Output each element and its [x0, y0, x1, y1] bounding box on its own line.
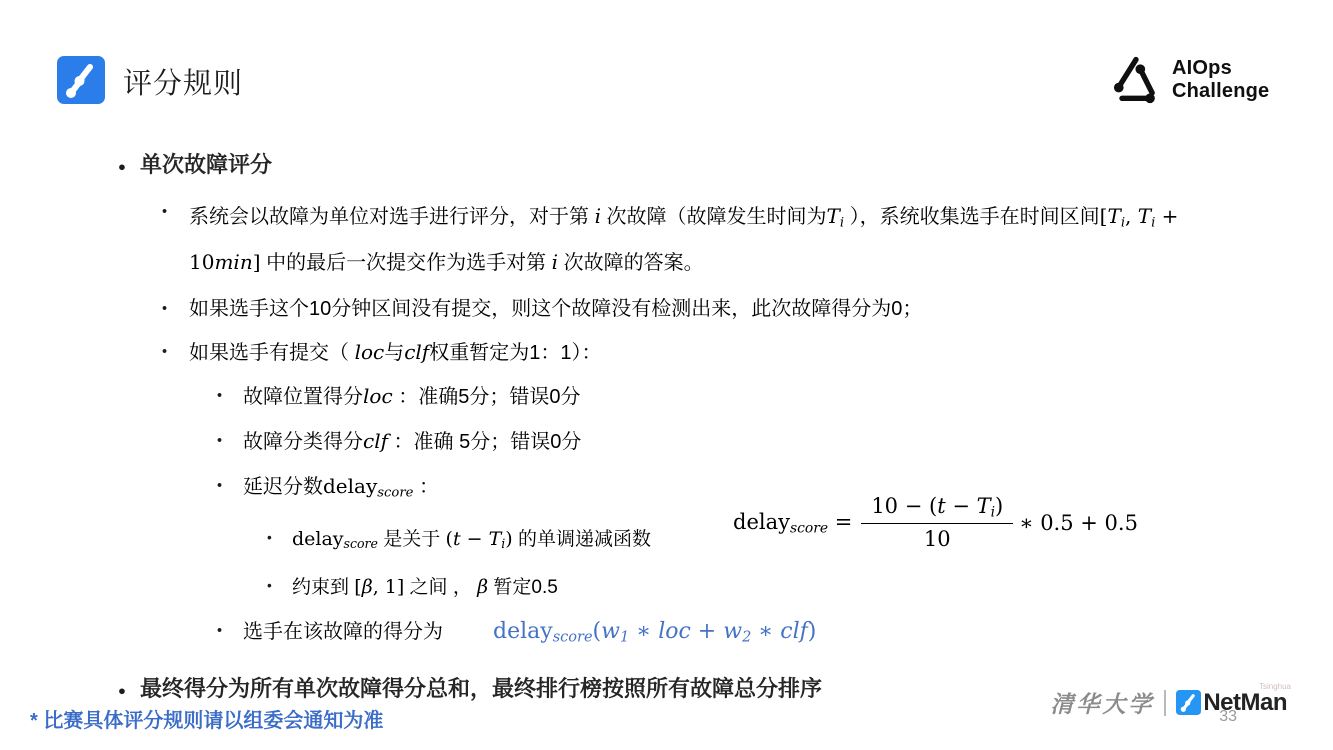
netman-logo-icon — [57, 56, 105, 104]
bullet-loc-score: • 故障位置得分loc ：准确5分；错误0分 — [217, 381, 1203, 412]
netman-text: NetMan — [1203, 689, 1287, 717]
formula-rhs: ∗ 0.5 + 0.5 — [1019, 511, 1138, 535]
bullet-dot: • — [162, 197, 189, 227]
formula-lhs: delayscore = — [733, 510, 852, 536]
bullet-has-submission: • 如果选手有提交（ loc与clf权重暂定为1：1）： — [162, 337, 1203, 368]
final-score-label: 选手在该故障的得分为 — [243, 617, 443, 647]
bullet-dot: • — [217, 616, 243, 646]
bullet-clf-score: • 故障分类得分clf ：准确 5分；错误0分 — [217, 426, 1203, 457]
tsinghua-wordmark: 清华大学 — [1050, 686, 1154, 719]
bullet-dot: • — [217, 426, 243, 456]
bullet-dot: • — [267, 524, 292, 553]
bullet-dot: • — [217, 471, 243, 501]
page-number: 33 — [1219, 708, 1237, 726]
slide-body: ● 单次故障评分 • 系统会以故障为单位对选手进行评分，对于第 i 次故障（故障… — [118, 150, 1203, 708]
page-title: 评分规则 — [123, 61, 243, 102]
bullet-scoring-window: • 系统会以故障为单位对选手进行评分，对于第 i 次故障（故障发生时间为Ti ）… — [162, 197, 1203, 281]
formula-fraction: 10 − (t − Ti) 10 — [861, 494, 1013, 551]
formula-denominator: 10 — [924, 524, 951, 551]
brand-divider — [1164, 690, 1166, 716]
footer-brands: 清华大学 NetMan Tsinghua — [1050, 686, 1287, 719]
footer-disclaimer: * 比赛具体评分规则请以组委会通知为准 — [30, 704, 383, 733]
bullet-single-fault-scoring: ● 单次故障评分 — [118, 150, 1203, 184]
slide: 评分规则 AIOps Challenge ● 单次故障评分 • 系统会以故障为单… — [0, 0, 1333, 750]
aiops-triangle-icon — [1108, 52, 1164, 108]
aiops-challenge-wordmark: AIOps Challenge — [1172, 57, 1269, 103]
bullet-dot: • — [267, 572, 292, 601]
aiops-line1: AIOps — [1172, 57, 1269, 80]
netman-tsinghua-sup: Tsinghua — [1259, 682, 1291, 691]
bullet-no-submission: • 如果选手这个10分钟区间没有提交，则这个故障没有检测出来，此次故障得分为0； — [162, 294, 1203, 324]
bullet-final-fault-score: • 选手在该故障的得分为 delayscore(w1 ∗ loc + w2 ∗ … — [217, 616, 1203, 653]
delay-score-formula: delayscore = 10 − (t − Ti) 10 ∗ 0.5 + 0.… — [733, 494, 1138, 551]
weighted-score-formula: delayscore(w1 ∗ loc + w2 ∗ clf) — [493, 616, 816, 653]
netman-logo-icon-small — [1176, 690, 1201, 715]
formula-numerator: 10 − (t − Ti) — [861, 494, 1013, 524]
bullet-dot: • — [162, 294, 189, 324]
bullet-delay-bounds: • 约束到 [β, 1] 之间 ， β 暂定0.5 — [267, 572, 1203, 603]
aiops-challenge-logo: AIOps Challenge — [1108, 52, 1269, 108]
bullet-dot: • — [162, 337, 189, 367]
aiops-line2: Challenge — [1172, 80, 1269, 103]
bullet-dot: • — [217, 381, 243, 411]
bullet-dot: ● — [118, 150, 140, 184]
